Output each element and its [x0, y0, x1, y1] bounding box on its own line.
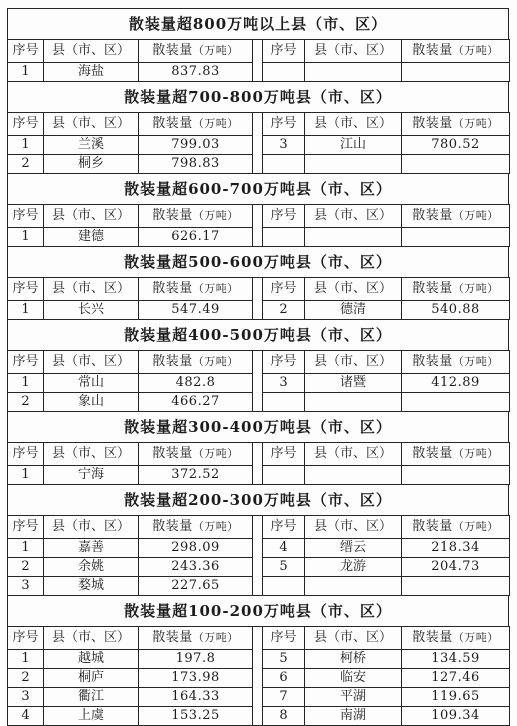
amount-label: 散装量	[412, 281, 453, 296]
cell-county: 越城	[44, 650, 139, 669]
cell-county: 诸暨	[305, 374, 402, 393]
cell-amount: 626.17	[139, 228, 253, 247]
cell-county: 上虞	[44, 707, 139, 726]
cell-index: 1	[8, 466, 44, 485]
cell-index: 3	[8, 688, 44, 707]
section-title: 散装量超200-300万吨县（市、区）	[7, 485, 509, 515]
amount-unit-label: （万吨）	[193, 355, 239, 368]
cell-amount: 197.8	[139, 650, 253, 669]
rank-section: 散装量超200-300万吨县（市、区） 序号 县（市、区） 散装量（万吨） 序号…	[7, 485, 509, 596]
cell-amount: 204.73	[402, 558, 510, 577]
section-title: 散装量超600-700万吨县（市、区）	[7, 174, 509, 204]
amount-unit-label: （万吨）	[193, 447, 239, 460]
amount-unit-label: （万吨）	[453, 447, 499, 460]
amount-label: 散装量	[412, 354, 453, 369]
amount-unit-label: （万吨）	[193, 631, 239, 644]
cell-amount: 218.34	[402, 539, 510, 558]
col-header-amount-left: 散装量（万吨）	[139, 351, 253, 374]
col-header-amount-left: 散装量（万吨）	[139, 278, 253, 301]
amount-label: 散装量	[152, 354, 193, 369]
table-gap	[253, 516, 263, 596]
amount-unit-label: （万吨）	[453, 209, 499, 222]
cell-amount: 466.27	[139, 393, 253, 412]
rank-section: 散装量超600-700万吨县（市、区） 序号 县（市、区） 散装量（万吨） 序号…	[7, 174, 509, 247]
col-header-amount-left: 散装量（万吨）	[139, 516, 253, 539]
cell-amount: 173.98	[139, 669, 253, 688]
cell-county: 临安	[305, 669, 402, 688]
header-row: 序号 县（市、区） 散装量（万吨） 序号 县（市、区） 散装量（万吨）	[8, 516, 510, 539]
amount-unit-label: （万吨）	[453, 520, 499, 533]
cell-amount: 482.8	[139, 374, 253, 393]
col-header-county-right: 县（市、区）	[305, 516, 402, 539]
amount-label: 散装量	[152, 281, 193, 296]
cell-county: 余姚	[44, 558, 139, 577]
cell-amount: 799.03	[139, 136, 253, 155]
cell-amount	[402, 466, 510, 485]
col-header-county-left: 县（市、区）	[44, 205, 139, 228]
col-header-index-right: 序号	[263, 113, 305, 136]
rank-section: 散装量超300-400万吨县（市、区） 序号 县（市、区） 散装量（万吨） 序号…	[7, 412, 509, 485]
col-header-amount-right: 散装量（万吨）	[402, 516, 510, 539]
cell-county: 桐乡	[44, 155, 139, 174]
col-header-index-left: 序号	[8, 627, 44, 650]
amount-unit-label: （万吨）	[193, 44, 239, 57]
cell-index	[263, 466, 305, 485]
header-row: 序号 县（市、区） 散装量（万吨） 序号 县（市、区） 散装量（万吨）	[8, 40, 510, 63]
cell-amount: 227.65	[139, 577, 253, 596]
amount-label: 散装量	[412, 208, 453, 223]
cell-index	[263, 577, 305, 596]
document-page: 散装量超800万吨以上县（市、区） 序号 县（市、区） 散装量（万吨） 序号 县…	[7, 8, 509, 726]
cell-index: 2	[8, 669, 44, 688]
cell-index: 4	[263, 539, 305, 558]
cell-county	[305, 466, 402, 485]
col-header-index-left: 序号	[8, 516, 44, 539]
cell-county	[305, 228, 402, 247]
col-header-index-left: 序号	[8, 351, 44, 374]
amount-label: 散装量	[152, 630, 193, 645]
header-row: 序号 县（市、区） 散装量（万吨） 序号 县（市、区） 散装量（万吨）	[8, 113, 510, 136]
col-header-amount-left: 散装量（万吨）	[139, 113, 253, 136]
cell-county	[305, 155, 402, 174]
amount-label: 散装量	[152, 208, 193, 223]
amount-label: 散装量	[152, 116, 193, 131]
amount-unit-label: （万吨）	[193, 520, 239, 533]
cell-index	[263, 393, 305, 412]
section-table: 序号 县（市、区） 散装量（万吨） 序号 县（市、区） 散装量（万吨） 1常山4…	[7, 350, 510, 412]
col-header-county-left: 县（市、区）	[44, 40, 139, 63]
amount-unit-label: （万吨）	[193, 282, 239, 295]
cell-index: 2	[8, 393, 44, 412]
cell-amount	[402, 63, 510, 82]
header-row: 序号 县（市、区） 散装量（万吨） 序号 县（市、区） 散装量（万吨）	[8, 351, 510, 374]
header-row: 序号 县（市、区） 散装量（万吨） 序号 县（市、区） 散装量（万吨）	[8, 627, 510, 650]
col-header-county-left: 县（市、区）	[44, 516, 139, 539]
cell-index	[263, 228, 305, 247]
cell-index: 4	[8, 707, 44, 726]
cell-amount: 164.33	[139, 688, 253, 707]
section-title: 散装量超800万吨以上县（市、区）	[7, 8, 509, 39]
cell-amount: 540.88	[402, 301, 510, 320]
table-gap	[253, 278, 263, 320]
col-header-county-left: 县（市、区）	[44, 113, 139, 136]
section-title: 散装量超500-600万吨县（市、区）	[7, 247, 509, 277]
amount-unit-label: （万吨）	[453, 44, 499, 57]
cell-county: 宁海	[44, 466, 139, 485]
col-header-amount-right: 散装量（万吨）	[402, 113, 510, 136]
cell-amount: 127.46	[402, 669, 510, 688]
amount-label: 散装量	[412, 630, 453, 645]
col-header-county-right: 县（市、区）	[305, 40, 402, 63]
header-row: 序号 县（市、区） 散装量（万吨） 序号 县（市、区） 散装量（万吨）	[8, 443, 510, 466]
table-gap	[253, 205, 263, 247]
cell-index: 1	[8, 63, 44, 82]
amount-unit-label: （万吨）	[453, 117, 499, 130]
section-title: 散装量超100-200万吨县（市、区）	[7, 596, 509, 626]
cell-index: 1	[8, 136, 44, 155]
section-table: 序号 县（市、区） 散装量（万吨） 序号 县（市、区） 散装量（万吨） 1越城1…	[7, 626, 510, 726]
col-header-amount-left: 散装量（万吨）	[139, 40, 253, 63]
amount-label: 散装量	[152, 519, 193, 534]
col-header-amount-right: 散装量（万吨）	[402, 278, 510, 301]
cell-amount: 412.89	[402, 374, 510, 393]
table-gap	[253, 113, 263, 174]
cell-amount: 780.52	[402, 136, 510, 155]
amount-label: 散装量	[412, 43, 453, 58]
cell-amount: 134.59	[402, 650, 510, 669]
section-title: 散装量超700-800万吨县（市、区）	[7, 82, 509, 112]
rank-section: 散装量超500-600万吨县（市、区） 序号 县（市、区） 散装量（万吨） 序号…	[7, 247, 509, 320]
section-table: 序号 县（市、区） 散装量（万吨） 序号 县（市、区） 散装量（万吨） 1兰溪7…	[7, 112, 510, 174]
cell-index: 3	[263, 374, 305, 393]
table-gap	[253, 443, 263, 485]
cell-county: 衢江	[44, 688, 139, 707]
col-header-index-left: 序号	[8, 205, 44, 228]
cell-county	[305, 63, 402, 82]
col-header-amount-right: 散装量（万吨）	[402, 205, 510, 228]
col-header-index-right: 序号	[263, 443, 305, 466]
section-title: 散装量超300-400万吨县（市、区）	[7, 412, 509, 442]
cell-amount	[402, 393, 510, 412]
cell-county: 江山	[305, 136, 402, 155]
col-header-index-left: 序号	[8, 40, 44, 63]
table-gap	[253, 627, 263, 726]
cell-amount	[402, 155, 510, 174]
cell-amount: 798.83	[139, 155, 253, 174]
cell-county: 嘉善	[44, 539, 139, 558]
amount-unit-label: （万吨）	[193, 117, 239, 130]
amount-label: 散装量	[412, 116, 453, 131]
section-title: 散装量超400-500万吨县（市、区）	[7, 320, 509, 350]
col-header-index-right: 序号	[263, 516, 305, 539]
cell-county: 龙游	[305, 558, 402, 577]
cell-amount	[402, 228, 510, 247]
col-header-county-right: 县（市、区）	[305, 113, 402, 136]
section-table: 序号 县（市、区） 散装量（万吨） 序号 县（市、区） 散装量（万吨） 1嘉善2…	[7, 515, 510, 596]
cell-county: 缙云	[305, 539, 402, 558]
col-header-index-left: 序号	[8, 113, 44, 136]
cell-county: 德清	[305, 301, 402, 320]
cell-amount: 109.34	[402, 707, 510, 726]
cell-county: 海盐	[44, 63, 139, 82]
col-header-index-right: 序号	[263, 40, 305, 63]
cell-county: 兰溪	[44, 136, 139, 155]
cell-index: 8	[263, 707, 305, 726]
cell-county: 婺城	[44, 577, 139, 596]
col-header-index-left: 序号	[8, 443, 44, 466]
cell-amount: 153.25	[139, 707, 253, 726]
amount-label: 散装量	[412, 446, 453, 461]
cell-amount: 119.65	[402, 688, 510, 707]
table-gap	[253, 351, 263, 412]
cell-county: 象山	[44, 393, 139, 412]
section-table: 序号 县（市、区） 散装量（万吨） 序号 县（市、区） 散装量（万吨） 1长兴5…	[7, 277, 510, 320]
cell-index: 3	[263, 136, 305, 155]
cell-index: 1	[8, 374, 44, 393]
col-header-county-left: 县（市、区）	[44, 443, 139, 466]
amount-label: 散装量	[152, 43, 193, 58]
cell-county	[305, 577, 402, 596]
amount-unit-label: （万吨）	[193, 209, 239, 222]
cell-index: 1	[8, 650, 44, 669]
header-row: 序号 县（市、区） 散装量（万吨） 序号 县（市、区） 散装量（万吨）	[8, 278, 510, 301]
col-header-county-right: 县（市、区）	[305, 278, 402, 301]
cell-county: 建德	[44, 228, 139, 247]
col-header-amount-right: 散装量（万吨）	[402, 40, 510, 63]
col-header-county-right: 县（市、区）	[305, 443, 402, 466]
section-table: 序号 县（市、区） 散装量（万吨） 序号 县（市、区） 散装量（万吨） 1建德6…	[7, 204, 510, 247]
col-header-amount-left: 散装量（万吨）	[139, 627, 253, 650]
amount-unit-label: （万吨）	[453, 355, 499, 368]
cell-amount: 837.83	[139, 63, 253, 82]
cell-index: 3	[8, 577, 44, 596]
cell-index: 5	[263, 558, 305, 577]
cell-amount: 547.49	[139, 301, 253, 320]
cell-county: 平湖	[305, 688, 402, 707]
rank-section: 散装量超400-500万吨县（市、区） 序号 县（市、区） 散装量（万吨） 序号…	[7, 320, 509, 412]
rank-section: 散装量超700-800万吨县（市、区） 序号 县（市、区） 散装量（万吨） 序号…	[7, 82, 509, 174]
col-header-amount-left: 散装量（万吨）	[139, 443, 253, 466]
rank-section: 散装量超100-200万吨县（市、区） 序号 县（市、区） 散装量（万吨） 序号…	[7, 596, 509, 726]
col-header-amount-right: 散装量（万吨）	[402, 627, 510, 650]
cell-county: 桐庐	[44, 669, 139, 688]
col-header-county-left: 县（市、区）	[44, 278, 139, 301]
cell-county: 柯桥	[305, 650, 402, 669]
cell-amount: 243.36	[139, 558, 253, 577]
section-table: 序号 县（市、区） 散装量（万吨） 序号 县（市、区） 散装量（万吨） 1海盐8…	[7, 39, 510, 82]
cell-index: 1	[8, 539, 44, 558]
col-header-index-right: 序号	[263, 351, 305, 374]
col-header-index-right: 序号	[263, 278, 305, 301]
col-header-county-right: 县（市、区）	[305, 205, 402, 228]
cell-index: 2	[8, 558, 44, 577]
cell-county: 常山	[44, 374, 139, 393]
cell-index	[263, 63, 305, 82]
col-header-county-right: 县（市、区）	[305, 627, 402, 650]
table-gap	[253, 40, 263, 82]
cell-index: 1	[8, 228, 44, 247]
section-table: 序号 县（市、区） 散装量（万吨） 序号 县（市、区） 散装量（万吨） 1宁海3…	[7, 442, 510, 485]
cell-county: 长兴	[44, 301, 139, 320]
cell-index: 1	[8, 301, 44, 320]
col-header-amount-left: 散装量（万吨）	[139, 205, 253, 228]
col-header-index-left: 序号	[8, 278, 44, 301]
cell-county: 南湖	[305, 707, 402, 726]
amount-label: 散装量	[412, 519, 453, 534]
cell-index: 6	[263, 669, 305, 688]
col-header-index-right: 序号	[263, 627, 305, 650]
cell-index: 2	[263, 301, 305, 320]
amount-label: 散装量	[152, 446, 193, 461]
col-header-county-left: 县（市、区）	[44, 351, 139, 374]
col-header-county-right: 县（市、区）	[305, 351, 402, 374]
col-header-amount-right: 散装量（万吨）	[402, 351, 510, 374]
rank-section: 散装量超800万吨以上县（市、区） 序号 县（市、区） 散装量（万吨） 序号 县…	[7, 8, 509, 82]
cell-amount	[402, 577, 510, 596]
cell-amount: 298.09	[139, 539, 253, 558]
col-header-amount-right: 散装量（万吨）	[402, 443, 510, 466]
cell-index: 5	[263, 650, 305, 669]
col-header-index-right: 序号	[263, 205, 305, 228]
amount-unit-label: （万吨）	[453, 282, 499, 295]
cell-index: 7	[263, 688, 305, 707]
cell-index	[263, 155, 305, 174]
header-row: 序号 县（市、区） 散装量（万吨） 序号 县（市、区） 散装量（万吨）	[8, 205, 510, 228]
cell-amount: 372.52	[139, 466, 253, 485]
amount-unit-label: （万吨）	[453, 631, 499, 644]
col-header-county-left: 县（市、区）	[44, 627, 139, 650]
cell-county	[305, 393, 402, 412]
cell-index: 2	[8, 155, 44, 174]
sections-container: 散装量超800万吨以上县（市、区） 序号 县（市、区） 散装量（万吨） 序号 县…	[7, 8, 509, 726]
